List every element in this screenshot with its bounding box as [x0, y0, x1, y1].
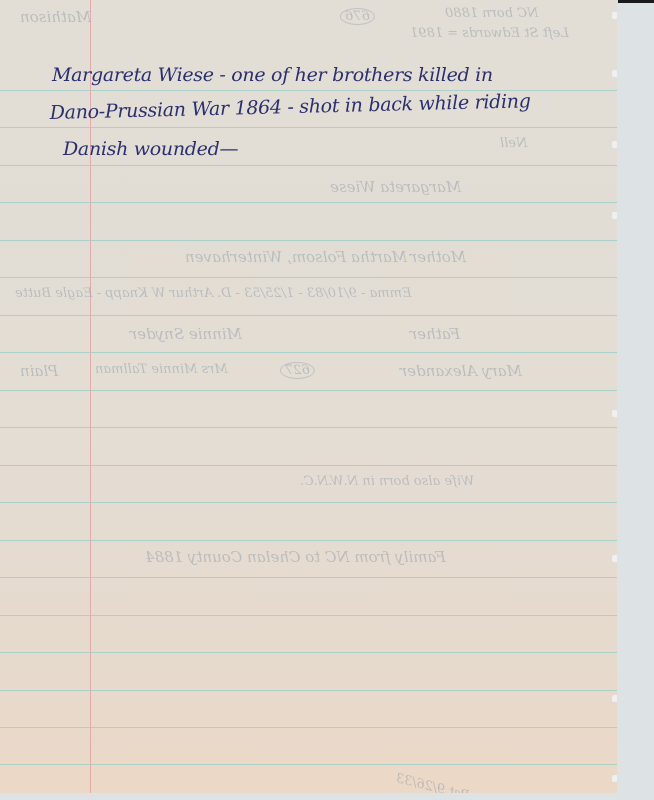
scan-edge-band	[618, 0, 654, 3]
perforation-notch	[612, 212, 617, 219]
bleed-text: Wife also born in N.W.N.C.	[300, 474, 474, 489]
bleed-text: Emma - 9/10/83 - 1/25/53 - D. Arthur W K…	[15, 286, 411, 301]
bleed-circled-number: 627	[280, 362, 315, 379]
handwritten-line-2: Dano-Prussian War 1864 - shot in back wh…	[49, 90, 530, 124]
bleed-text: Mathison	[20, 8, 91, 26]
ruled-line	[0, 165, 617, 166]
ruled-line	[0, 240, 617, 241]
bleed-text: Father	[410, 325, 460, 343]
bleed-text: Nell	[500, 136, 527, 151]
ruled-line	[0, 465, 617, 466]
perforation-notch	[612, 410, 617, 417]
ruled-line	[0, 764, 617, 765]
ruled-line	[0, 352, 617, 353]
perforation-notch	[612, 695, 617, 702]
bleed-text: Martha Folsom, Winterhaven	[185, 248, 407, 266]
bleed-text: NC born 1880	[445, 6, 538, 21]
bleed-text: Left St Edwards = 1891	[410, 26, 569, 41]
ruled-line	[0, 202, 617, 203]
ruled-line	[0, 540, 617, 541]
ruled-line	[0, 727, 617, 728]
bleed-text: Mrs Minnie Tallman	[95, 362, 228, 377]
handwritten-line-3: Danish wounded—	[63, 138, 238, 160]
bleed-text: Minnie Snyder	[130, 325, 242, 343]
ruled-line	[0, 577, 617, 578]
handwritten-line-1: Margareta Wiese - one of her brothers ki…	[52, 64, 493, 86]
bleed-text: Family from NC to Chelan County 1884	[145, 548, 446, 566]
perforation-notch	[612, 555, 617, 562]
bleed-circled-number: 676	[340, 8, 375, 25]
ruled-line	[0, 277, 617, 278]
ruled-line	[0, 502, 617, 503]
ruled-line	[0, 315, 617, 316]
ruled-line	[0, 690, 617, 691]
ruled-line	[0, 127, 617, 128]
notebook-page: Mathison 676 NC born 1880 Left St Edward…	[0, 0, 617, 793]
bleed-text: Pat 9/26/33	[394, 771, 471, 793]
perforation-notch	[612, 70, 617, 77]
ruled-line	[0, 427, 617, 428]
ruled-line	[0, 615, 617, 616]
perforation-notch	[612, 141, 617, 148]
bleed-text: Mother	[410, 248, 466, 266]
ruled-line	[0, 390, 617, 391]
bleed-text: Mary Alexander	[400, 362, 522, 380]
bleed-text: Plain	[20, 362, 58, 380]
perforation-notch	[612, 775, 617, 782]
ruled-line	[0, 652, 617, 653]
bleed-text: Margareta Wiese	[330, 178, 461, 196]
perforation-notch	[612, 12, 617, 19]
